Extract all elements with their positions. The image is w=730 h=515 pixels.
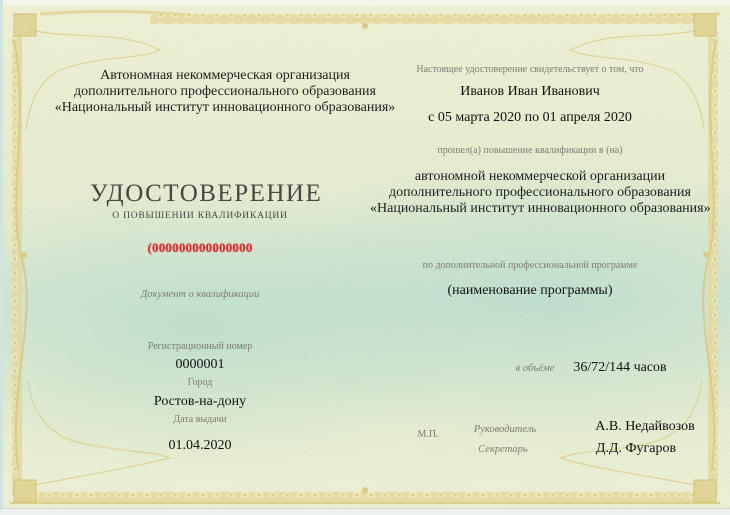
document-subtitle: о повышении квалификации [90,211,310,221]
recipient-name: Иванов Иван Иванович [410,84,650,100]
program-label: по дополнительной профессиональной прогр… [420,260,640,271]
secretary-name: Д.Д. Фугаров [586,441,686,457]
scan-edge-bottom [0,508,730,515]
org-line: дополнительного профессионального образо… [40,84,410,100]
head-label: Руководитель [470,424,540,435]
serial-number: (000000000000000 [100,240,300,256]
training-institution: автономной некоммерческой организации до… [370,169,710,217]
org-line: «Национальный институт инновационного об… [40,100,410,116]
certifies-label: Настоящее удостоверение свидетельствует … [410,64,650,75]
head-name: А.В. Недайвозов [590,419,700,435]
volume-value: 36/72/144 часов [570,360,670,376]
issue-date-label: Дата выдачи [100,414,300,425]
institution-line: «Национальный институт инновационного об… [370,201,710,217]
registration-label: Регистрационный номер [100,341,300,352]
institution-line: дополнительного профессионального образо… [370,185,710,201]
institution-line: автономной некоммерческой организации [370,169,710,185]
training-label: прошел(а) повышение квалификации в (на) [420,145,640,156]
document-title: УДОСТОВЕРЕНИЕ [90,180,310,208]
volume-label: в объёме [505,363,565,374]
city-label: Город [100,377,300,388]
issue-date-value: 01.04.2020 [100,438,300,454]
issuing-organization: Автономная некоммерческая организация до… [40,68,410,116]
program-name: (наименование программы) [430,283,630,299]
org-line: Автономная некоммерческая организация [40,68,410,84]
training-period: с 05 марта 2020 по 01 апреля 2020 [410,110,650,126]
stamp-label: М.П. [408,429,448,440]
secretary-label: Секретарь [468,444,538,455]
city-value: Ростов-на-дону [100,394,300,410]
document-label: Документ о квалификации [100,289,300,300]
registration-number: 0000001 [100,357,300,373]
